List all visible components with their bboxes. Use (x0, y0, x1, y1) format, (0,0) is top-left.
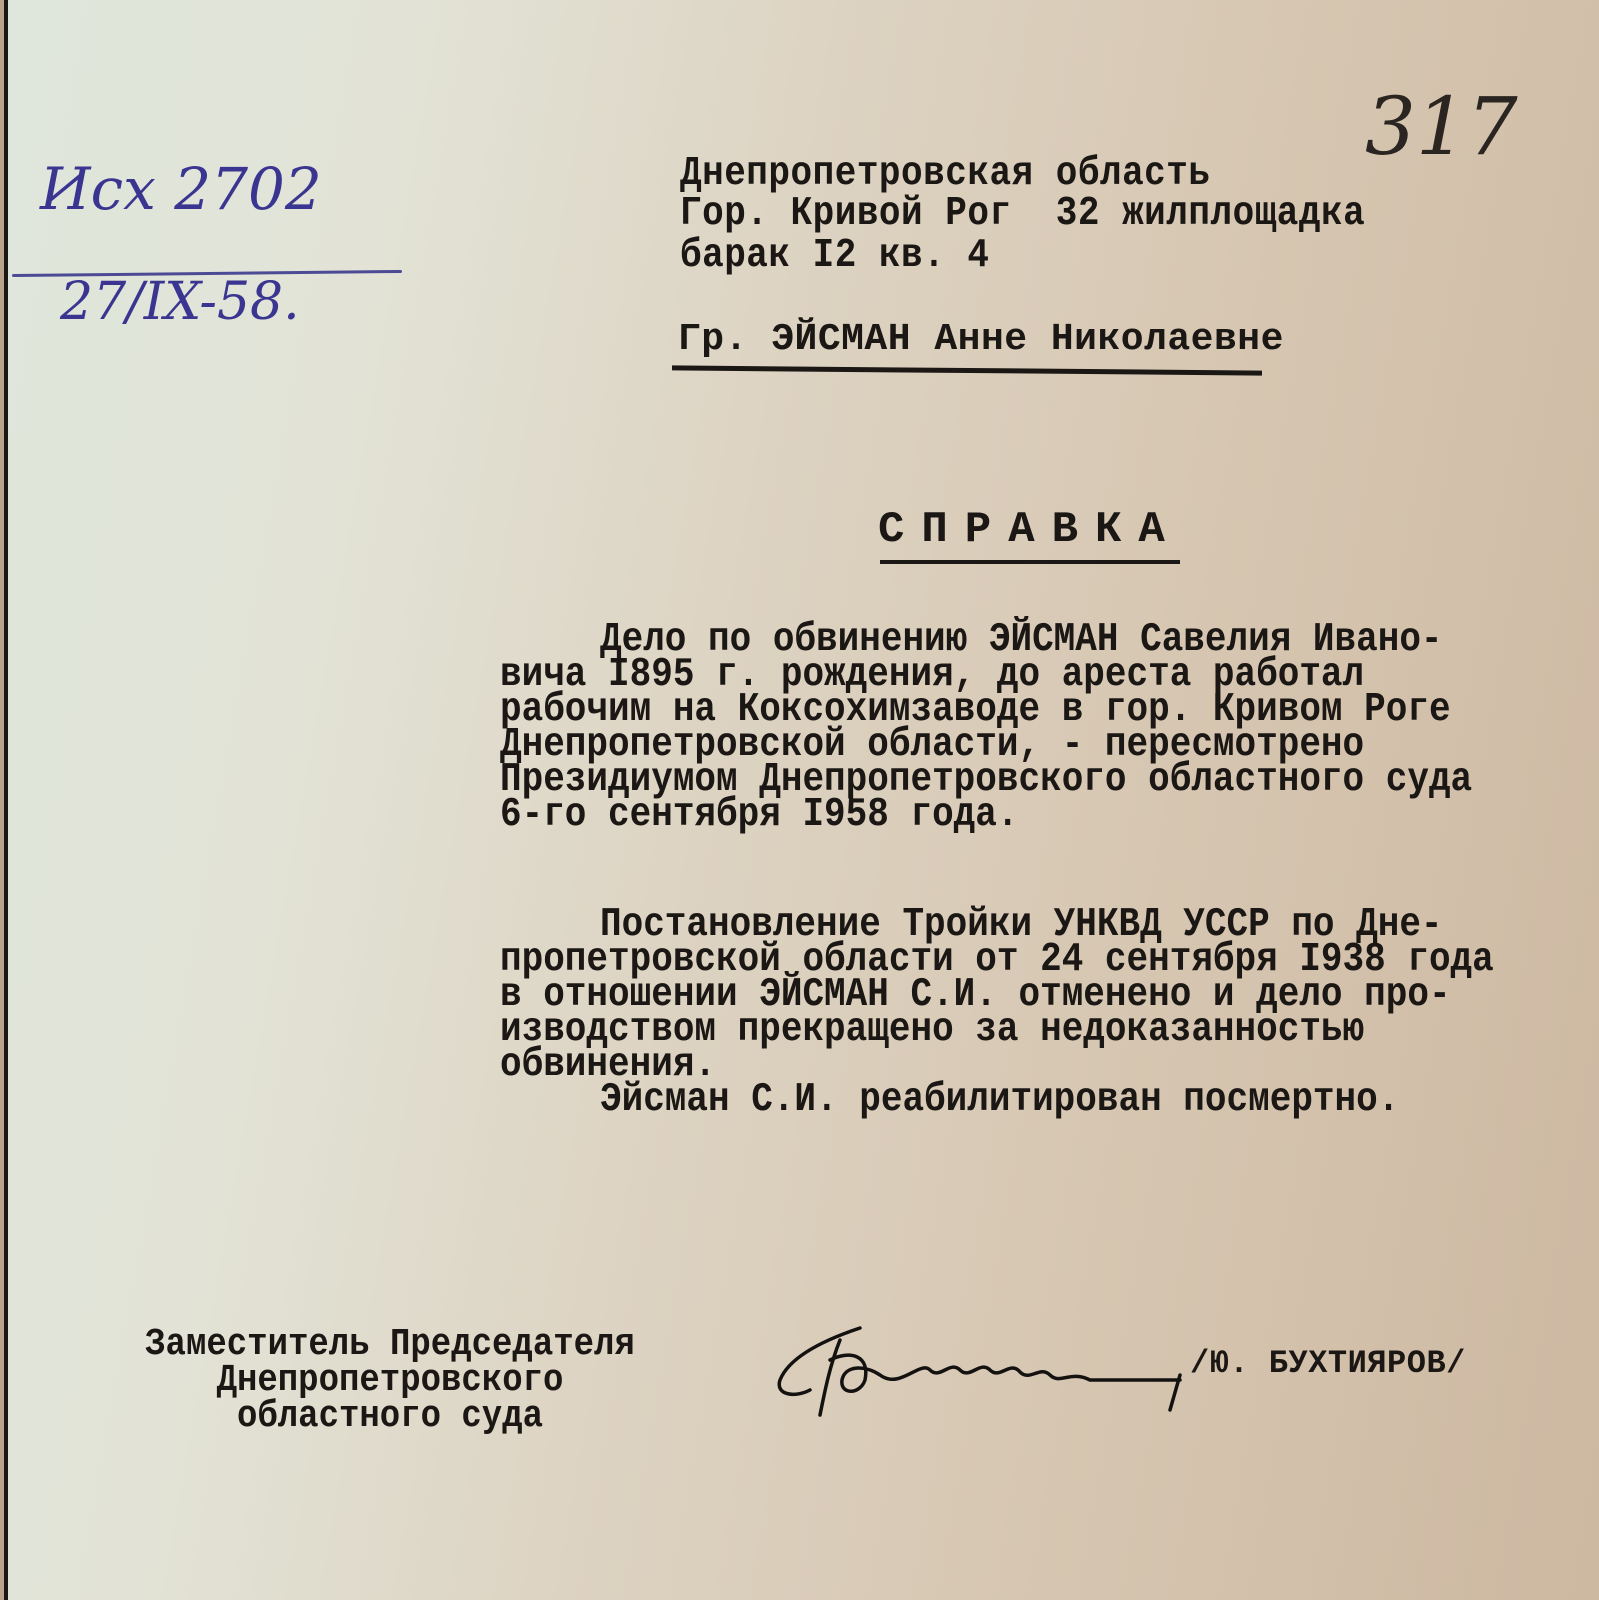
handwritten-signature-icon (770, 1320, 1210, 1420)
paragraph-case-review: Дело по обвинению ЭЙСМАН Савелия Ивано- … (500, 620, 1472, 830)
address-apartment: барак I2 кв. 4 (680, 237, 989, 275)
paragraph-decision-annulled: Постановление Тройки УНКВД УССР по Дне- … (500, 905, 1494, 1115)
title-underline (880, 560, 1180, 564)
handwritten-page-number: 317 (1365, 80, 1518, 173)
rehabilitation-statement: Эйсман С.И. реабилитирован посмертно. (500, 1080, 1494, 1119)
recipient-underline (672, 365, 1262, 375)
handwritten-reference-number: Исх 2702 (40, 155, 322, 223)
body-line: 6-го сентября I958 года. (500, 795, 1472, 834)
address-region: Днепропетровская область (680, 155, 1210, 193)
document-title: СПРАВКА (878, 505, 1182, 555)
page-edge-line (4, 0, 8, 1600)
document-page: Исх 2702 27/IX-58. 317 Днепропетровская … (0, 0, 1599, 1600)
position-line: областного суда (70, 1397, 710, 1437)
recipient-name: Гр. ЭЙСМАН Анне Николаевне (678, 318, 1284, 361)
signatory-position: Заместитель Председателя Днепропетровско… (70, 1325, 710, 1433)
signatory-name: /Ю. БУХТИЯРОВ/ (1190, 1345, 1466, 1382)
address-city: Гор. Кривой Рог 32 жилплощадка (680, 195, 1365, 233)
handwritten-reference-date: 27/IX-58. (60, 272, 300, 332)
